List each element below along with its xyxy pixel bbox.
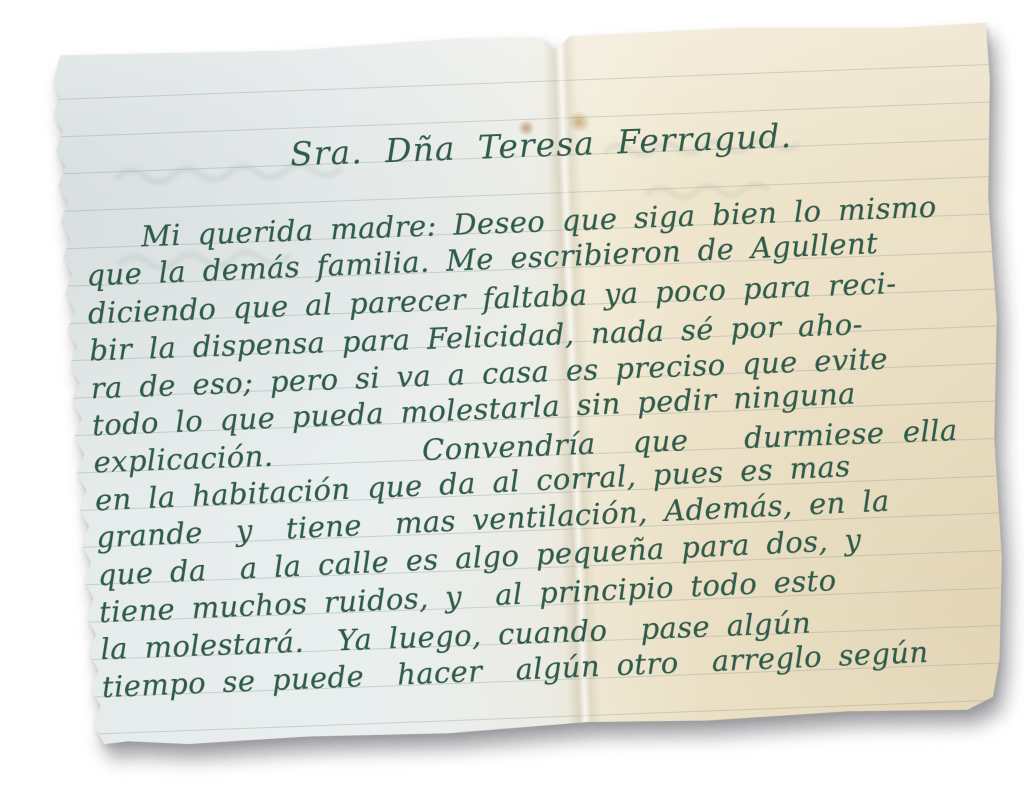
letter-sheet: Sra. Dña Teresa Ferragud. Mi querida mad…	[42, 18, 1016, 753]
letter-body: Mi querida madre: Deseo que siga bien lo…	[84, 188, 982, 707]
letter-photo: Sra. Dña Teresa Ferragud. Mi querida mad…	[42, 18, 1016, 753]
photo-background: Sra. Dña Teresa Ferragud. Mi querida mad…	[0, 0, 1024, 796]
